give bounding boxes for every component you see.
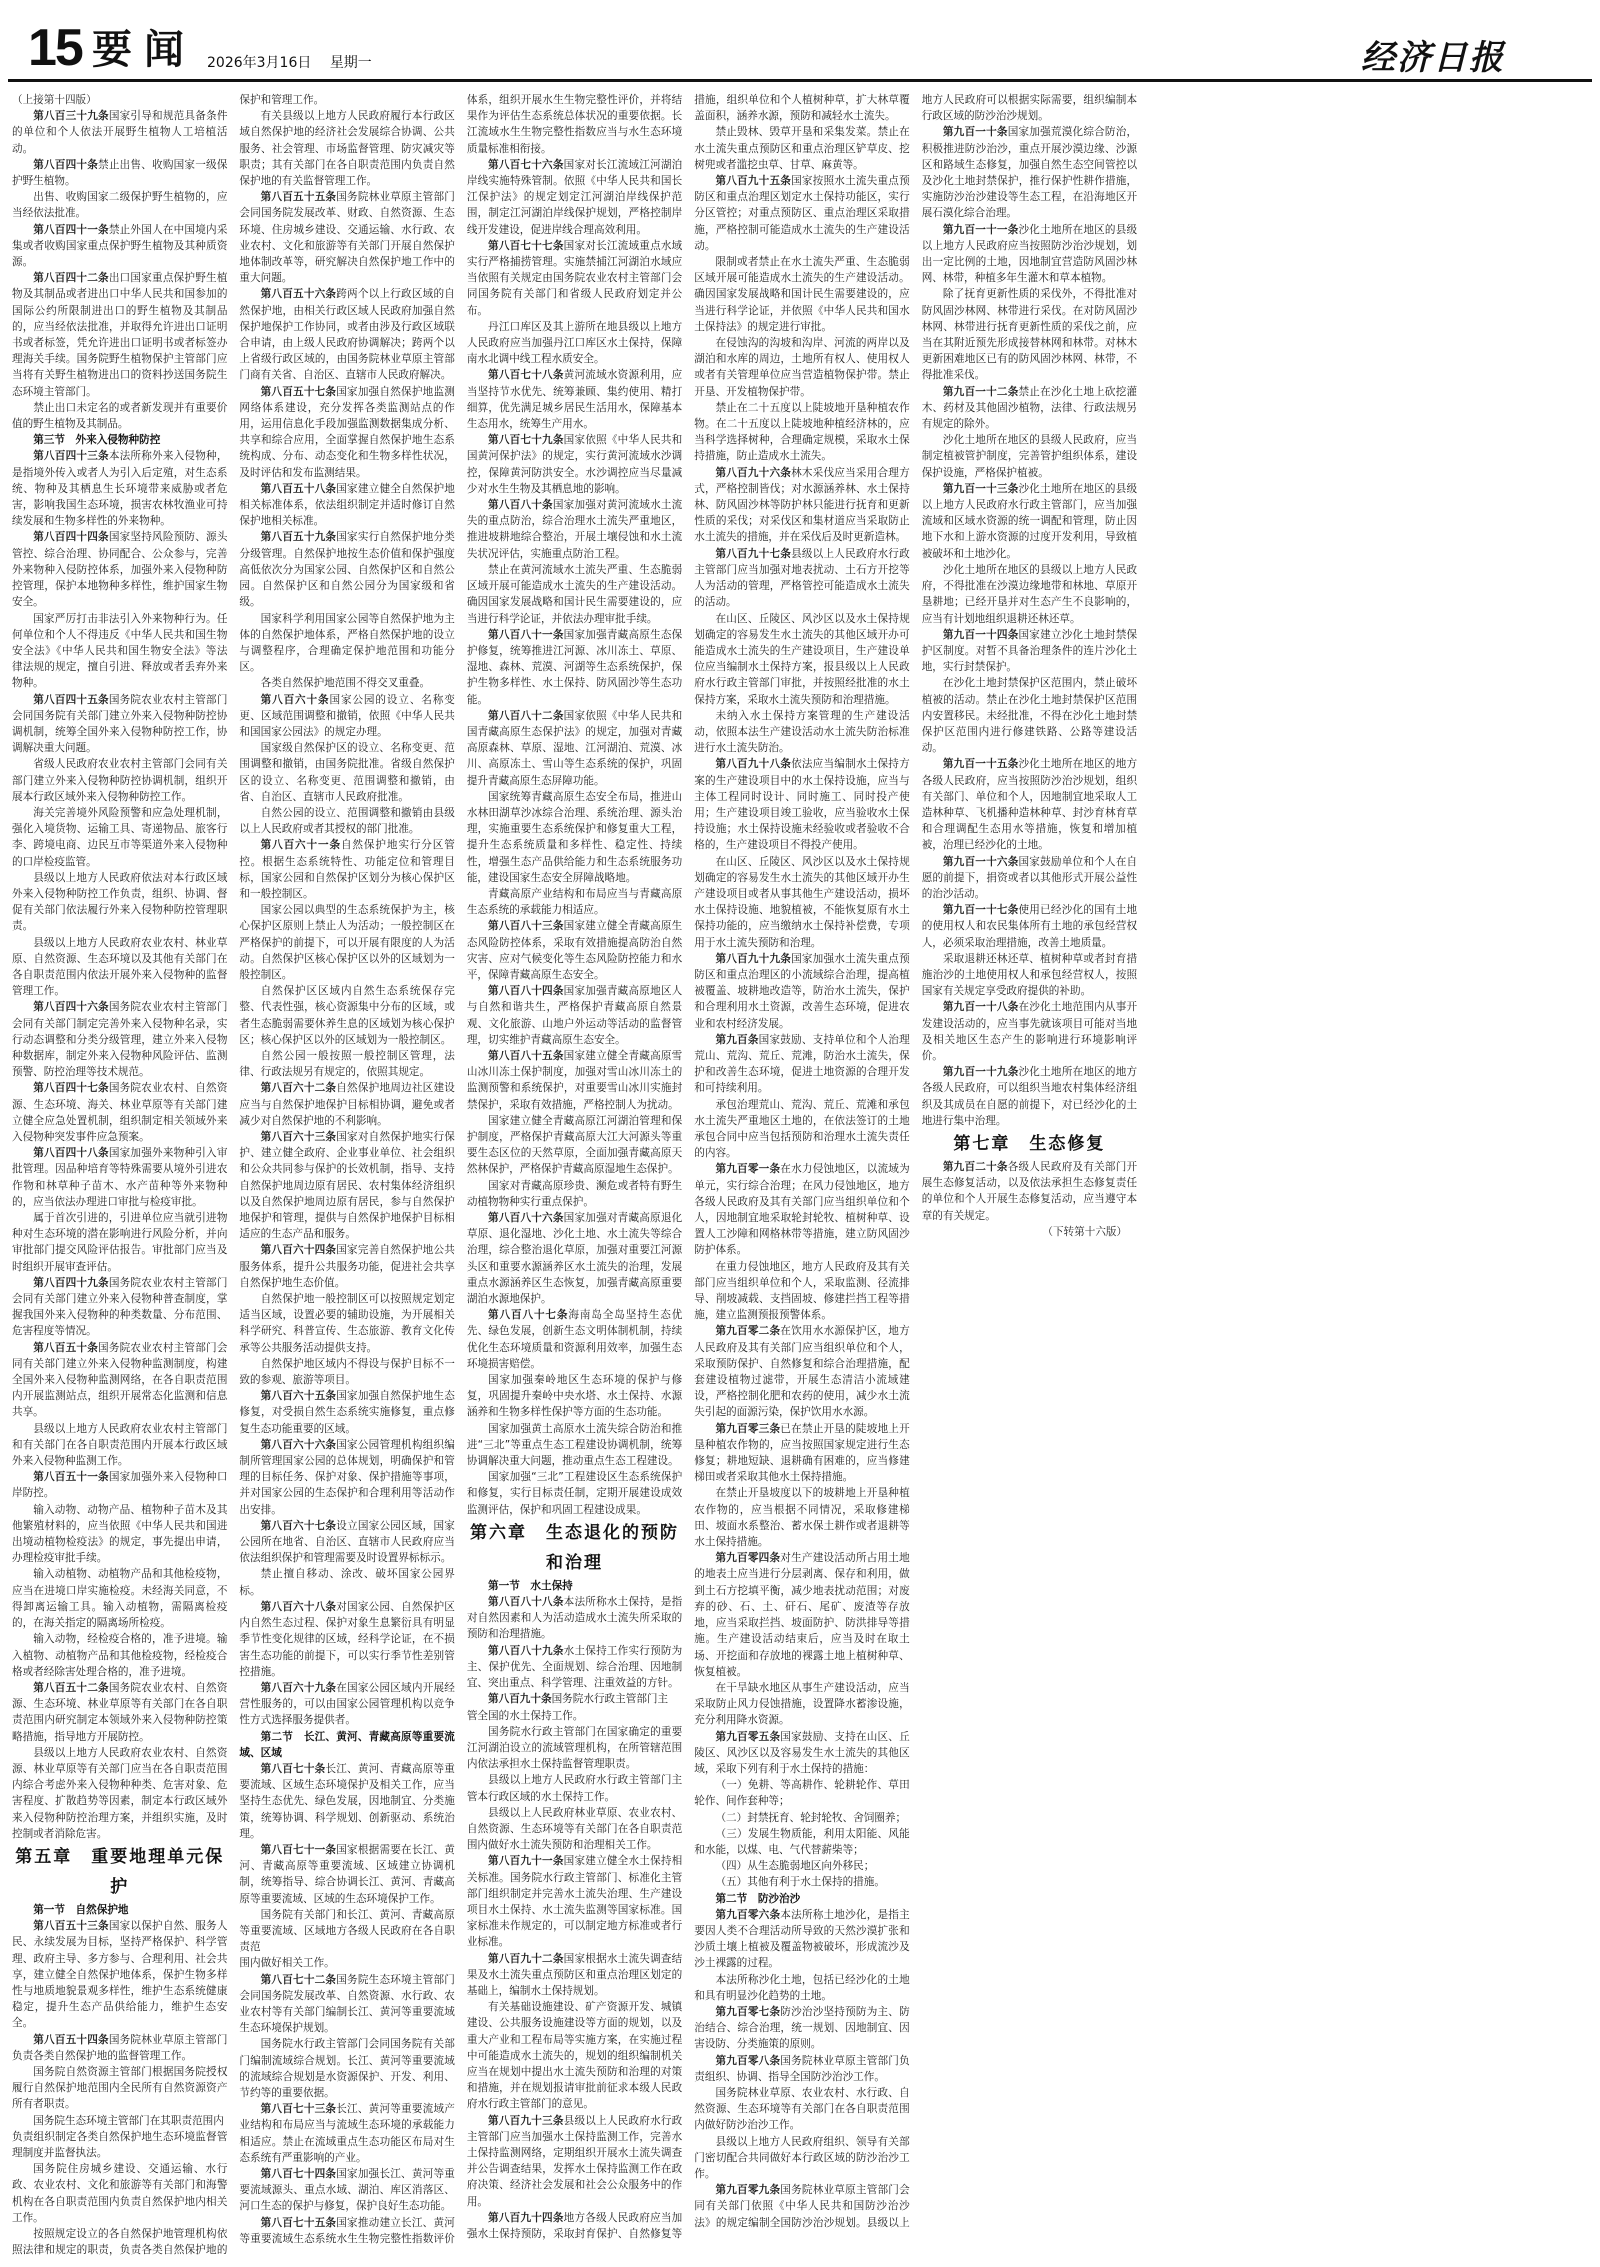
article-paragraph: 第八百九十条国务院水行政主管部门主 <box>467 1691 682 1707</box>
article-text: 对生产建设活动所占用土地的地表土应当进行分层剥离、保存和利用，做到土石方挖填平衡… <box>694 1552 909 1677</box>
article-paragraph: 第八百七十八条黄河流域水资源利用，应当坚持节水优先、统筹兼顾、集约使用、精打细算… <box>467 367 682 432</box>
article-paragraph: 第九百一十条国家加强荒漠化综合防治，积极推进防沙治沙，重点开展沙漠边缘、沙源区和… <box>922 124 1137 221</box>
article-paragraph: 第八百八十四条国家加强青藏高原地区人与自然和谐共生，严格保护青藏高原自然景观、文… <box>467 983 682 1048</box>
article-paragraph: 第九百零二条在饮用水水源保护区，地方人民政府及其有关部门应当组织单位和个人，采取… <box>694 1323 909 1420</box>
article-paragraph: 第九百一十六条国家鼓励单位和个人在自愿的前提下，捐资或者以其他形式开展公益性的治… <box>922 854 1137 903</box>
article-number: 第八百四十九条 <box>33 1277 109 1289</box>
body-paragraph: 国家严厉打击非法引入外来物种行为。任何单位和个人不得违反《中华人民共和国生物安全… <box>12 611 227 692</box>
article-text: 国务院水行政主管部门主 <box>552 1693 669 1705</box>
article-number: 第八百六十二条 <box>261 1082 337 1094</box>
body-paragraph: 自然保护区区域内自然生态系统保存完整、代表性强，核心资源集中分布的区域，或者生态… <box>239 983 454 1048</box>
article-number: 第八百六十八条 <box>261 1601 337 1613</box>
article-number: 第八百六十条 <box>261 694 330 706</box>
article-number: 第八百九十九条 <box>715 953 791 965</box>
article-paragraph: 第九百零三条已在禁止开垦的陡坡地上开垦种植农作物的，应当按照国家规定进行生态修复… <box>694 1421 909 1486</box>
article-number: 第九百零二条 <box>715 1325 780 1337</box>
article-number: 第九百一十五条 <box>943 758 1019 770</box>
article-number: 第八百九十七条 <box>715 548 791 560</box>
body-paragraph: 国家建立健全青藏高原江河湖泊管理和保护制度，严格保护青藏高原大江大河源头等重要生… <box>467 1113 682 1178</box>
article-paragraph: 第九百零七条防沙治沙坚持预防为主、防治结合、综合治理，统一规划、因地制宜、因害设… <box>694 2004 909 2053</box>
body-paragraph: 在沙化土地封禁保护区范围内，禁止破坏植被的活动。禁止在沙化土地封禁保护区范围内安… <box>922 675 1137 756</box>
article-paragraph: 第八百九十二条国家根据水土流失调查结果及水土流失重点预防区和重点治理区划定的基础… <box>467 1951 682 2000</box>
body-paragraph: 国家加强黄土高原水土流失综合防治和推进“三北”等重点生态工程建设协调机制，统筹协… <box>467 1421 682 1470</box>
body-paragraph: 县级以上地方人民政府水行政主管部门主管本行政区域的水土保持工作。 <box>467 1772 682 1804</box>
article-number: 第八百五十六条 <box>261 288 337 300</box>
article-number: 第八百七十七条 <box>488 240 564 252</box>
article-paragraph: 第八百八十二条国家依照《中华人民共和国青藏高原生态保护法》的规定，加强对青藏高原… <box>467 708 682 789</box>
body-paragraph: 县级以上人民政府林业草原、农业农村、自然资源、生态环境等有关部门在各自职责范围内… <box>467 1805 682 1854</box>
article-text: 沙化土地所在地区的地方各级人民政府，应当按照防沙治沙规划，组织有关部门、单位和个… <box>922 758 1137 851</box>
article-number: 第九百二十条 <box>943 1161 1008 1173</box>
article-number: 第八百九十四条 <box>488 2212 564 2224</box>
article-paragraph: 第八百八十九条水土保持工作实行预防为主、保护优先、全面规划、综合治理、因地制宜、… <box>467 1643 682 1692</box>
article-paragraph: 第八百四十八条国家加强外来物种引入审批管理。因品种培育等特殊需要从境外引进农作物… <box>12 1145 227 1210</box>
article-paragraph: 第八百五十二条国务院农业农村、自然资源、生态环境、林业草原等有关部门在各自职责范… <box>12 1680 227 1745</box>
article-number: 第八百七十三条 <box>261 2103 337 2115</box>
article-paragraph: 第八百六十一条自然保护地实行分区管控。根据生态系统特性、功能定位和管理目标，国家… <box>239 837 454 902</box>
article-paragraph: 第八百八十五条国家建立健全青藏高原雪山冰川冻土保护制度，加强对雪山冰川冻土的监测… <box>467 1048 682 1113</box>
body-paragraph: 自然公园一般按照一般控制区管理，法律、行政法规另有规定的，依照其规定。 <box>239 1048 454 1080</box>
article-paragraph: 第八百四十七条国务院农业农村、自然资源、生态环境、海关、林业草原等有关部门建立健… <box>12 1080 227 1145</box>
article-number: 第八百五十三条 <box>33 1920 109 1932</box>
article-paragraph: 第八百四十条禁止出售、收购国家一级保护野生植物。 <box>12 157 227 189</box>
article-paragraph: 第八百九十八条依法应当编制水土保持方案的生产建设项目中的水土保持设施，应当与主体… <box>694 756 909 853</box>
chapter-heading: 第六章 生态退化的预防和治理 <box>467 1518 682 1578</box>
body-paragraph: 出售、收购国家二级保护野生植物的，应当经依法批准。 <box>12 189 227 221</box>
article-text: 国家加强对青藏高原退化草原、退化湿地、沙化土地、水土流失等综合治理，综合整治退化… <box>467 1212 682 1305</box>
issue-date: 2026年3月16日 星期一 <box>207 52 386 72</box>
article-paragraph: 第九百一十一条沙化土地所在地区的县级以上地方人民政府应当按照防沙治沙规划，划出一… <box>922 222 1137 287</box>
article-paragraph: 第八百六十四条国家完善自然保护地公共服务体系，提升公共服务功能，促进社会共享自然… <box>239 1242 454 1291</box>
body-paragraph: 县级以上地方人民政府组织、领导有关部门密切配合共同做好本行政区域的防沙治沙工作。 <box>694 2134 909 2183</box>
article-number: 第八百四十一条 <box>33 224 109 236</box>
article-text: 在饮用水水源保护区，地方人民政府及其有关部门应当组织单位和个人，采取预防保护、自… <box>694 1325 909 1418</box>
body-paragraph: 采取退耕还林还草、植树种草或者封育措施治沙的土地使用权人和承包经营权人，按照国家… <box>922 951 1137 1000</box>
article-number: 第八百九十二条 <box>488 1953 564 1965</box>
masthead: 15 要闻 2026年3月16日 星期一 经济日报 <box>0 0 1600 76</box>
article-paragraph: 第九百零六条本法所称土地沙化，是指主要因人类不合理活动所导致的天然沙漠扩张和沙质… <box>694 1907 909 1972</box>
article-paragraph: 第八百四十三条本法所称外来入侵物种，是指境外传入或者人为引入后定殖，对生态系统、… <box>12 448 227 529</box>
article-number: 第九百一十条 <box>943 126 1008 138</box>
body-paragraph: 负责组织制定各类自然保护地生态环境监督管理制度并监督执法。 <box>12 2129 227 2161</box>
article-columns: （上接第十四版）第八百三十九条国家引导和规范具备条件的单位和个人依法开展野生植物… <box>12 92 1592 2260</box>
body-paragraph: 在山区、丘陵区、风沙区以及水土保持规划确定的容易发生水土流失的其他区域开办可能造… <box>694 611 909 708</box>
body-paragraph: 禁止在黄河流域水土流失严重、生态脆弱区域开展可能造成水土流失的生产建设活动。确因… <box>467 562 682 627</box>
article-number: 第八百七十四条 <box>261 2168 337 2180</box>
body-paragraph: 除了抚育更新性质的采伐外，不得批准对防风固沙林网、林带进行采伐。在对防风固沙林网… <box>922 286 1137 383</box>
article-number: 第八百八十七条 <box>488 1309 568 1321</box>
article-paragraph: 第八百七十九条国家依照《中华人民共和国黄河保护法》的规定，实行黄河流域水沙调控，… <box>467 432 682 497</box>
article-number: 第八百四十四条 <box>33 531 109 543</box>
body-paragraph: 限制或者禁止在水土流失严重、生态脆弱区域开展可能造成水土流失的生产建设活动。确因… <box>694 254 909 335</box>
article-paragraph: 第八百八十六条国家加强对青藏高原退化草原、退化湿地、沙化土地、水土流失等综合治理… <box>467 1210 682 1307</box>
article-number: 第八百五十条 <box>33 1342 98 1354</box>
body-paragraph: 国务院水行政主管部门会同国务院有关部门编制流域综合规划。长江、黄河等重要流域的流… <box>239 2036 454 2101</box>
article-paragraph: 第八百九十六条林木采伐应当采用合理方式，严格控制皆伐；对水源涵养林、水土保持林、… <box>694 465 909 546</box>
article-number: 第八百八十八条 <box>488 1596 564 1608</box>
masthead-rule <box>8 79 1592 82</box>
body-paragraph: 在山区、丘陵区、风沙区以及水土保持规划确定的容易发生水土流失的其他区域开办生产建… <box>694 854 909 951</box>
article-paragraph: 第八百六十条国家公园的设立、名称变更、区域范围调整和撤销，依照《中华人民共和国国… <box>239 692 454 741</box>
body-paragraph: 国务院自然资源主管部门根据国务院授权履行自然保护地范围内全民所有自然资源资产所有… <box>12 2064 227 2113</box>
article-paragraph: 第八百七十三条长江、黄河等重要流域产业结构和布局应当与流域生态环境的承载能力相适… <box>239 2101 454 2166</box>
article-text: 出口国家重点保护野生植物及其制品或者进出口中华人民共和国参加的国际公约所限制进出… <box>12 272 227 397</box>
article-number: 第九百零八条 <box>715 2055 780 2067</box>
body-paragraph: 有关基础设施建设、矿产资源开发、城镇建设、公共服务设施建设等方面的规划，以及重大… <box>467 1999 682 2112</box>
body-paragraph: （四）从生态脆弱地区向外移民； <box>694 1858 909 1874</box>
article-paragraph: 第九百一十二条禁止在沙化土地上砍挖灌木、药材及其他固沙植物，法律、行政法规另有规… <box>922 384 1137 433</box>
article-number: 第九百一十三条 <box>943 483 1019 495</box>
article-paragraph: 第八百四十六条国务院农业农村主管部门会同有关部门制定完善外来入侵物种名录，实行动… <box>12 999 227 1080</box>
article-number: 第九百零九条 <box>715 2184 780 2196</box>
body-paragraph: 在重力侵蚀地区，地方人民政府及其有关部门应当组织单位和个人，采取监测、径流排导、… <box>694 1259 909 1324</box>
article-paragraph: 第八百八十七条海南岛全岛坚持生态优先、绿色发展，创新生态文明体制机制，持续优化生… <box>467 1307 682 1372</box>
article-number: 第八百五十九条 <box>261 531 337 543</box>
article-paragraph: 第八百七十条长江、黄河、青藏高原等重要流域、区域生态环境保护及相关工作，应当坚持… <box>239 1761 454 1842</box>
article-paragraph: 第八百九十一条国家建立健全水土保持相关标准。国务院水行政主管部门、标准化主管部门… <box>467 1853 682 1950</box>
article-number: 第八百八十三条 <box>488 920 564 932</box>
body-paragraph: 县级以上地方人民政府农业农村主管部门和有关部门在各自职责范围内开展本行政区域外来… <box>12 1421 227 1470</box>
article-text: 跨两个以上行政区域的自然保护地，由相关行政区域人民政府加强自然保护地保护工作协同… <box>239 288 454 381</box>
article-paragraph: 第八百八十三条国家建立健全青藏高原生态风险防控体系，采取有效措施提高防治自然灾害… <box>467 918 682 983</box>
article-paragraph: 第九百一十九条沙化土地所在地区的地方各级人民政府，可以组织当地农村集体经济组织及… <box>922 1064 1137 1129</box>
article-paragraph: 第八百六十二条自然保护地周边社区建设应当与自然保护地保护目标相协调，避免或者减少… <box>239 1080 454 1129</box>
article-number: 第八百五十八条 <box>261 483 337 495</box>
article-number: 第九百零五条 <box>715 1731 780 1743</box>
date-text: 2026年3月16日 <box>207 55 311 71</box>
body-paragraph: 管全国的水土保持工作。 <box>467 1708 682 1724</box>
article-number: 第九百一十二条 <box>943 386 1019 398</box>
body-paragraph: 自然保护地区域内不得设与保护目标不一致的参观、旅游等项目。 <box>239 1356 454 1388</box>
weekday-text: 星期一 <box>330 55 372 71</box>
article-number: 第八百九十条 <box>488 1693 552 1705</box>
body-paragraph: 禁止擅自移动、涂改、破坏国家公园界标。 <box>239 1566 454 1598</box>
body-paragraph: 国家统筹青藏高原生态安全布局，推进山水林田湖草沙冰综合治理、系统治理、源头治理，… <box>467 789 682 886</box>
article-number: 第八百七十五条 <box>261 2217 337 2229</box>
article-number: 第九百一十九条 <box>943 1066 1019 1078</box>
article-paragraph: 第八百五十三条国家以保护自然、服务人民、永续发展为目标，坚持严格保护、科学管理、… <box>12 1918 227 2031</box>
article-paragraph: 第九百零四条对生产建设活动所占用土地的地表土应当进行分层剥离、保存和利用，做到土… <box>694 1550 909 1680</box>
article-number: 第八百五十七条 <box>261 386 337 398</box>
article-paragraph: 第八百七十二条国务院生态环境主管部门会同国务院发展改革、自然资源、水行政、农业农… <box>239 1972 454 2037</box>
article-paragraph: 第八百四十五条国务院农业农村主管部门会同国务院有关部门建立外来入侵物种防控协调机… <box>12 692 227 757</box>
body-paragraph: 国务院有关部门和长江、黄河、青藏高原等重要流域、区域地方各级人民政府在各自职责范 <box>239 1907 454 1956</box>
article-number: 第八百三十九条 <box>33 110 109 122</box>
article-number: 第八百八十九条 <box>488 1645 564 1657</box>
article-number: 第九百一十七条 <box>943 904 1019 916</box>
article-paragraph: 第八百五十七条国家加强自然保护地监测网络体系建设，充分发挥各类监测站点的作用，运… <box>239 384 454 481</box>
article-paragraph: 第八百五十九条国家实行自然保护地分类分级管理。自然保护地按生态价值和保护强度高低… <box>239 529 454 610</box>
article-paragraph: 第八百八十一条国家加强青藏高原生态保护修复，统筹推进江河源、冰川冻土、草原、湿地… <box>467 627 682 708</box>
article-paragraph: 第九百零五条国家鼓励、支持在山区、丘陵区、风沙区以及容易发生水土流失的其他区域，… <box>694 1729 909 1778</box>
body-paragraph: 国务院生态环境主管部门在其职责范围内 <box>12 2113 227 2129</box>
article-number: 第八百六十四条 <box>261 1244 337 1256</box>
article-paragraph: 第八百八十八条本法所称水土保持，是指对自然因素和人为活动造成水土流失所采取的预防… <box>467 1594 682 1643</box>
article-number: 第九百一十六条 <box>943 856 1019 868</box>
body-paragraph: 国家对青藏高原珍贵、濒危或者特有野生动植物物种实行重点保护。 <box>467 1178 682 1210</box>
article-number: 第八百九十三条 <box>488 2115 564 2127</box>
article-number: 第八百四十条 <box>33 159 98 171</box>
body-paragraph: （三）发展生物质能，利用太阳能、风能和水能，以煤、电、气代替薪柴等； <box>694 1826 909 1858</box>
section-heading: 第二节 防沙治沙 <box>694 1891 909 1907</box>
body-paragraph: 承包治理荒山、荒沟、荒丘、荒滩和承包水土流失严重地区土地的，在依法签订的土地承包… <box>694 1097 909 1162</box>
chapter-heading: 第五章 重要地理单元保护 <box>12 1842 227 1902</box>
body-paragraph: 围内做好相关工作。 <box>239 1955 454 1971</box>
article-number: 第八百五十四条 <box>33 2034 109 2046</box>
section-heading: 第二节 长江、黄河、青藏高原等重要流域、区域 <box>239 1729 454 1761</box>
body-paragraph: 属于首次引进的，引进单位应当就引进物种对生态环境的潜在影响进行风险分析，并向审批… <box>12 1210 227 1275</box>
body-paragraph: （上接第十四版） <box>12 92 227 108</box>
body-paragraph: 丹江口库区及其上游所在地县级以上地方人民政府应当加强丹江口库区水土保持，保障南水… <box>467 319 682 368</box>
article-number: 第八百八十条 <box>488 499 553 511</box>
body-paragraph: 自然公园的设立、范围调整和撤销由县级以上人民政府或者其授权的部门批准。 <box>239 805 454 837</box>
article-paragraph: 第八百六十六条国家公园管理机构组织编制所管理国家公园的总体规划，明确保护和管理的… <box>239 1437 454 1518</box>
article-paragraph: 第九百零一条在水力侵蚀地区，以流域为单元，实行综合治理；在风力侵蚀地区，地方各级… <box>694 1161 909 1258</box>
article-number: 第八百六十六条 <box>261 1439 337 1451</box>
body-paragraph: 各类自然保护地范围不得交叉重叠。 <box>239 675 454 691</box>
article-text: 国家以保护自然、服务人民、永续发展为目标，坚持严格保护、科学管理、政府主导、多方… <box>12 1920 227 2029</box>
article-number: 第八百八十四条 <box>488 985 564 997</box>
article-text: 国务院林业草原主管部门会同国务院发展改革、财政、自然资源、生态环境、住房城乡建设… <box>239 191 454 284</box>
body-paragraph: 输入动物，经检疫合格的，准予进境。输入植物、动植物产品和其他检疫物，经检疫合格或… <box>12 1631 227 1680</box>
body-paragraph: 在干旱缺水地区从事生产建设活动，应当采取防止风力侵蚀措施，设置降水蓄渗设施，充分… <box>694 1680 909 1729</box>
article-paragraph: 第八百四十二条出口国家重点保护野生植物及其制品或者进出口中华人民共和国参加的国际… <box>12 270 227 400</box>
article-paragraph: 第八百九十五条国家按照水土流失重点预防区和重点治理区划定水土保持功能区，实行分区… <box>694 173 909 254</box>
article-paragraph: 第八百九十七条县级以上人民政府水行政主管部门应当加强对地表扰动、土石方开挖等人为… <box>694 546 909 611</box>
article-paragraph: 第八百七十一条国家根据需要在长江、黄河、青藏高原等重要流域、区域建立协调机制，统… <box>239 1842 454 1907</box>
article-paragraph: 第八百六十八条对国家公园、自然保护区内自然生态过程、保护对象生息繁衍具有明显季节… <box>239 1599 454 1680</box>
article-paragraph: 第八百六十五条国家加强自然保护地生态修复，对受损自然生态系统实施修复，重点修复生… <box>239 1388 454 1437</box>
section-heading: 第一节 水土保持 <box>467 1578 682 1594</box>
body-paragraph: 国家加强秦岭地区生态环境的保护与修复，巩固提升秦岭中央水塔、水土保持、水源涵养和… <box>467 1372 682 1421</box>
article-number: 第八百六十五条 <box>261 1390 337 1402</box>
article-text: 国家加强自然保护地监测网络体系建设，充分发挥各类监测站点的作用，运用信息化手段加… <box>239 386 454 479</box>
article-paragraph: 第九百一十四条国家建立沙化土地封禁保护区制度。对暂不具备治理条件的连片沙化土地，… <box>922 627 1137 676</box>
section-title: 要闻 <box>92 26 196 74</box>
article-number: 第九百零七条 <box>715 2006 780 2018</box>
article-number: 第八百七十二条 <box>261 1974 337 1986</box>
article-number: 第八百六十三条 <box>261 1131 337 1143</box>
article-text: 在水力侵蚀地区，以流域为单元，实行综合治理；在风力侵蚀地区，地方各级人民政府及其… <box>694 1163 909 1256</box>
body-paragraph: 在侵蚀沟的沟坡和沟岸、河流的两岸以及湖泊和水库的周边，土地所有权人、使用权人或者… <box>694 335 909 400</box>
article-number: 第八百四十三条 <box>33 450 109 462</box>
body-paragraph: 沙化土地所在地区的县级人民政府，应当制定植被管护制度，完善管护组织体系，建设保护… <box>922 432 1137 481</box>
article-paragraph: 第八百五十四条国务院林业草原主管部门负责各类自然保护地的监督管理工作。 <box>12 2032 227 2064</box>
body-paragraph: 自然保护地一般控制区可以按照规定划定适当区域，设置必要的辅助设施，为开展相关科学… <box>239 1291 454 1356</box>
article-number: 第八百四十六条 <box>33 1001 109 1013</box>
article-paragraph: 第八百六十三条国家对自然保护地实行保护、建立健全政府、企业事业单位、社会组织和公… <box>239 1129 454 1242</box>
body-paragraph: 县级以上地方人民政府农业农村、自然资源、林业草原等有关部门应当在各自职责范围内综… <box>12 1745 227 1842</box>
article-paragraph: 第八百五十一条国家加强外来入侵物种口岸防控。 <box>12 1469 227 1501</box>
continued-note: （下转第十六版） <box>922 1224 1137 1240</box>
body-paragraph: 输入动物、动物产品、植物种子苗木及其他繁殖材料的，应当依照《中华人民共和国进出境… <box>12 1502 227 1567</box>
article-paragraph: 第八百七十六条国家对长江流域江河湖泊岸线实施特殊管制。依照《中华人民共和国长江保… <box>467 157 682 238</box>
article-paragraph: 第八百五十六条跨两个以上行政区域的自然保护地，由相关行政区域人民政府加强自然保护… <box>239 286 454 383</box>
article-paragraph: 第八百四十一条禁止外国人在中国境内采集或者收购国家重点保护野生植物及其种质资源。 <box>12 222 227 271</box>
article-paragraph: 第八百五十条国务院农业农村主管部门会同有关部门建立外来入侵物种监测制度，构建全国… <box>12 1340 227 1421</box>
body-paragraph: 本法所称沙化土地，包括已经沙化的土地和具有明显沙化趋势的土地。 <box>694 1972 909 2004</box>
article-number: 第八百五十一条 <box>33 1471 109 1483</box>
article-number: 第八百八十六条 <box>488 1212 564 1224</box>
body-paragraph: 海关完善境外风险预警和应急处理机制，强化入境货物、运输工具、寄递物品、旅客行李、… <box>12 805 227 870</box>
article-paragraph: 第九百零八条国务院林业草原主管部门负责组织、协调、指导全国防沙治沙工作。 <box>694 2053 909 2085</box>
article-paragraph: 第八百六十九条在国家公园区域内开展经营性服务的，可以由国家公园管理机构以竞争性方… <box>239 1680 454 1729</box>
body-paragraph: 青藏高原产业结构和布局应当与青藏高原生态系统的承载能力相适应。 <box>467 886 682 918</box>
body-paragraph: 国家公园以典型的生态系统保护为主，核心保护区原则上禁止人为活动；一般控制区在严格… <box>239 902 454 983</box>
body-paragraph: 沙化土地所在地区的县级以上地方人民政府，不得批准在沙漠边缘地带和林地、草原开垦耕… <box>922 562 1137 627</box>
body-paragraph: 有关县级以上地方人民政府履行本行政区域自然保护地的经济社会发展综合协调、公共服务… <box>239 108 454 189</box>
section-heading: 第一节 自然保护地 <box>12 1902 227 1918</box>
article-paragraph: 第八百六十七条设立国家公园区域，国家公园所在地省、自治区、直辖市人民政府应当依法… <box>239 1518 454 1567</box>
body-paragraph: 未纳入水土保持方案管理的生产建设活动，依照本法生产建设活动水土流失防治标准进行水… <box>694 708 909 757</box>
article-text: 依法应当编制水土保持方案的生产建设项目中的水土保持设施，应当与主体工程同时设计、… <box>694 758 909 851</box>
article-number: 第八百四十五条 <box>33 694 109 706</box>
article-number: 第九百条 <box>715 1034 758 1046</box>
body-paragraph: 国家科学利用国家公园等自然保护地为主体的自然保护地体系，严格自然保护地的设立与调… <box>239 611 454 676</box>
article-paragraph: 第八百七十四条国家加强长江、黄河等重要流域源头、重点水域、湖泊、库区消落区、河口… <box>239 2166 454 2215</box>
body-paragraph: 国务院水行政主管部门在国家确定的重要江河湖泊设立的流域管理机构，在所管辖范围内依… <box>467 1724 682 1773</box>
article-number: 第八百六十九条 <box>261 1682 337 1694</box>
article-number: 第八百九十一条 <box>488 1855 564 1867</box>
article-paragraph: 第九百条国家鼓励、支持单位和个人治理荒山、荒沟、荒丘、荒滩，防治水土流失，保护和… <box>694 1032 909 1097</box>
newspaper-logo: 经济日报 <box>1361 30 1505 79</box>
article-number: 第九百一十八条 <box>943 1001 1019 1013</box>
body-paragraph: （一）免耕、等高耕作、轮耕轮作、草田轮作、间作套种等； <box>694 1777 909 1809</box>
article-paragraph: 第八百四十九条国务院农业农村主管部门会同有关部门建立外来入侵物种普查制度，掌握我… <box>12 1275 227 1340</box>
article-number: 第八百四十二条 <box>33 272 109 284</box>
chapter-heading: 第七章 生态修复 <box>922 1129 1137 1159</box>
article-number: 第八百七十九条 <box>488 434 564 446</box>
article-text: 国家建立健全水土保持相关标准。国务院水行政主管部门、标准化主管部门组织制定并完善… <box>467 1855 682 1948</box>
article-paragraph: 第八百七十七条国家对长江流域重点水域实行严格捕捞管理。实施禁捕江河湖泊水域应当依… <box>467 238 682 319</box>
article-number: 第九百零三条 <box>715 1423 780 1435</box>
article-number: 第九百零六条 <box>715 1909 780 1921</box>
body-paragraph: （五）其他有利于水土保持的措施。 <box>694 1874 909 1890</box>
article-paragraph: 第八百五十八条国家建立健全自然保护地相关标准体系，依法组织制定并适时修订自然保护… <box>239 481 454 530</box>
article-paragraph: 第八百九十九条国家加强水土流失重点预防区和重点治理区的小流域综合治理，提高植被覆… <box>694 951 909 1032</box>
article-number: 第八百九十六条 <box>715 467 791 479</box>
section-heading: 第三节 外来入侵物种防控 <box>12 432 227 448</box>
article-paragraph: 第八百九十三条县级以上人民政府水行政主管部门应当加强水土保持监测工作，完善水土保… <box>467 2113 682 2210</box>
article-paragraph: 第九百一十八条在沙化土地范围内从事开发建设活动的，应当事先就该项目可能对当地及相… <box>922 999 1137 1064</box>
article-paragraph: 第八百八十条国家加强对黄河流域水土流失的重点防治，综合治理水土流失严重地区，推进… <box>467 497 682 562</box>
body-paragraph: 禁止毁林、毁草开垦和采集发菜。禁止在水土流失重点预防区和重点治理区铲草皮、挖树兜… <box>694 124 909 173</box>
article-number: 第八百八十二条 <box>488 710 564 722</box>
article-paragraph: 第八百四十四条国家坚持风险预防、源头管控、综合治理、协同配合、公众参与，完善外来… <box>12 529 227 610</box>
article-number: 第九百零四条 <box>715 1552 780 1564</box>
body-paragraph: （二）封禁抚育、轮封轮牧、舍饲圈养； <box>694 1810 909 1826</box>
article-number: 第九百一十一条 <box>943 224 1019 236</box>
body-paragraph: 国务院林业草原、农业农村、水行政、自然资源、生态环境等有关部门在各自职责范围内做… <box>694 2085 909 2134</box>
article-number: 第八百五十五条 <box>261 191 337 203</box>
body-paragraph: 在禁止开垦坡度以下的坡耕地上开垦种植农作物的，应当根据不同情况，采取修建梯田、坡… <box>694 1485 909 1550</box>
article-number: 第八百九十八条 <box>715 758 791 770</box>
body-paragraph: 国务院住房城乡建设、交通运输、水行政、农业农村、文化和旅游等有关部门和海警机构在… <box>12 2161 227 2226</box>
article-number: 第八百六十七条 <box>261 1520 337 1532</box>
article-number: 第八百五十二条 <box>33 1682 109 1694</box>
article-text: 国家对自然保护地实行保护、建立健全政府、企业事业单位、社会组织和公众共同参与保护… <box>239 1131 454 1240</box>
article-paragraph: 第八百三十九条国家引导和规范具备条件的单位和个人依法开展野生植物人工培植活动。 <box>12 108 227 157</box>
body-paragraph: 国家级自然保护区的设立、名称变更、范围调整和撤销，由国务院批准。省级自然保护区的… <box>239 740 454 805</box>
article-text: 国家加强荒漠化综合防治，积极推进防沙治沙，重点开展沙漠边缘、沙源区和路域生态修复… <box>922 126 1137 219</box>
article-number: 第八百八十五条 <box>488 1050 564 1062</box>
article-paragraph: 第九百一十七条使用已经沙化的国有土地的使用权人和农民集体所有土地的承包经营权人，… <box>922 902 1137 951</box>
article-number: 第八百七十一条 <box>261 1844 337 1856</box>
article-paragraph: 第九百一十五条沙化土地所在地区的地方各级人民政府，应当按照防沙治沙规划，组织有关… <box>922 756 1137 853</box>
article-number: 第八百四十八条 <box>33 1147 109 1159</box>
article-number: 第八百六十一条 <box>261 839 341 851</box>
article-text: 县级以上人民政府水行政主管部门应当加强水土保持监测工作，完善水土保持监测网络，定… <box>467 2115 682 2208</box>
article-paragraph: 第九百一十三条沙化土地所在地区的县级以上地方人民政府水行政主管部门，应当加强流域… <box>922 481 1137 562</box>
body-paragraph: 省级人民政府农业农村主管部门会同有关部门建立外来入侵物种防控协调机制，组织开展本… <box>12 756 227 805</box>
article-number: 第八百七十六条 <box>488 159 564 171</box>
article-paragraph: 第九百二十条各级人民政府及有关部门开展生态修复活动，以及依法承担生态修复责任的单… <box>922 1159 1137 1224</box>
article-number: 第八百八十一条 <box>488 629 564 641</box>
article-number: 第九百一十四条 <box>943 629 1019 641</box>
page-number: 15 <box>28 22 82 74</box>
body-paragraph: 禁止在二十五度以上陡坡地开垦种植农作物。在二十五度以上陡坡地种植经济林的，应当科… <box>694 400 909 465</box>
article-number: 第九百零一条 <box>715 1163 780 1175</box>
article-number: 第八百七十条 <box>261 1763 326 1775</box>
article-paragraph: 第八百五十五条国务院林业草原主管部门会同国务院发展改革、财政、自然资源、生态环境… <box>239 189 454 286</box>
body-paragraph: 国家加强“三北”工程建设区生态系统保护和修复，实行目标责任制，定期开展建设成效监… <box>467 1469 682 1518</box>
article-number: 第八百七十八条 <box>488 369 564 381</box>
body-paragraph: 输入动植物、动植物产品和其他检疫物，应当在进境口岸实施检疫。未经海关同意，不得卸… <box>12 1566 227 1631</box>
body-paragraph: 县级以上地方人民政府农业农村、林业草原、自然资源、生态环境以及其他有关部门在各自… <box>12 935 227 1000</box>
article-number: 第八百四十七条 <box>33 1082 109 1094</box>
article-number: 第八百九十五条 <box>715 175 791 187</box>
body-paragraph: 县级以上地方人民政府依法对本行政区域外来入侵物种防控工作负责，组织、协调、督促有… <box>12 870 227 935</box>
body-paragraph: 禁止出口未定名的或者新发现并有重要价值的野生植物及其制品。 <box>12 400 227 432</box>
